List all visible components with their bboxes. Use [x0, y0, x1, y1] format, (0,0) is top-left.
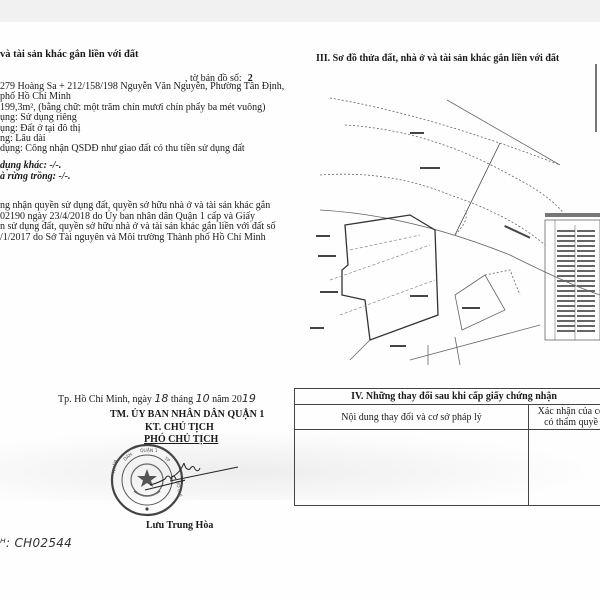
section-header-land: và tài sản khác gắn liền với đất — [0, 49, 139, 60]
col-confirm-line-2: có thẩm quyề — [529, 417, 600, 428]
month-handwritten: 10 — [196, 392, 210, 405]
year-label: năm 20 — [212, 394, 242, 405]
other-use-line: dụng khác: -/-. — [0, 161, 70, 172]
change-content-cell — [295, 430, 529, 506]
svg-text:QUẬN 1: QUẬN 1 — [140, 447, 158, 454]
other-use-block: dụng khác: -/-. à rừng trồng: -/-. — [0, 161, 70, 182]
month-label: tháng — [171, 394, 193, 405]
year-handwritten: 19 — [242, 392, 256, 405]
origin-of-use-line: dụng: Công nhận QSDĐ như giao đất có thu… — [0, 144, 284, 154]
col-confirm-header: Xác nhận của cơ có thẩm quyề — [529, 405, 600, 430]
day-handwritten: 18 — [154, 392, 168, 405]
place-prefix: Tp. Hồ Chí Minh, ngày — [58, 394, 152, 405]
forest-line: à rừng trồng: -/-. — [0, 172, 70, 183]
on-behalf: KT. CHỦ TỊCH — [145, 422, 214, 433]
col-confirm-line-1: Xác nhận của cơ — [529, 406, 600, 417]
origin-paragraph: ng nhận quyền sử dụng đất, quyền sở hữu … — [0, 201, 276, 243]
origin-line: /1/2017 do Sở Tài nguyên và Môi trường T… — [0, 233, 276, 244]
use-form-line: ụng: Sử dụng riêng — [0, 113, 284, 123]
signing-date: Tp. Hồ Chí Minh, ngày 18 tháng 10 năm 20… — [58, 392, 256, 405]
origin-line: ng nhận quyền sử dụng đất, quyền sở hữu … — [0, 201, 276, 212]
change-confirm-cell — [529, 430, 600, 506]
changes-title: IV. Những thay đổi sau khi cấp giấy chứn… — [295, 389, 600, 405]
svg-text:NHÂN: NHÂN — [110, 459, 119, 473]
signer-name: Lưu Trung Hòa — [146, 520, 213, 531]
diagram-title: III. Sơ đồ thửa đất, nhà ở và tài sản kh… — [316, 53, 559, 64]
organization: TM. ỦY BAN NHÂN DÂN QUẬN 1 — [110, 409, 264, 420]
origin-line: n sử dụng đất, quyền sở hữu nhà ở và tài… — [0, 222, 276, 233]
certificate-number: ᴴ: CH02544 — [0, 536, 72, 550]
signature-icon — [170, 455, 240, 485]
coordinate-rows — [545, 220, 600, 345]
changes-table: IV. Những thay đổi sau khi cấp giấy chứn… — [294, 388, 600, 506]
col-content-header: Nội dung thay đổi và cơ sở pháp lý — [295, 405, 529, 430]
land-details: 279 Hoàng Sa + 212/158/198 Nguyễn Văn Ng… — [0, 72, 284, 155]
top-bar — [0, 0, 600, 22]
